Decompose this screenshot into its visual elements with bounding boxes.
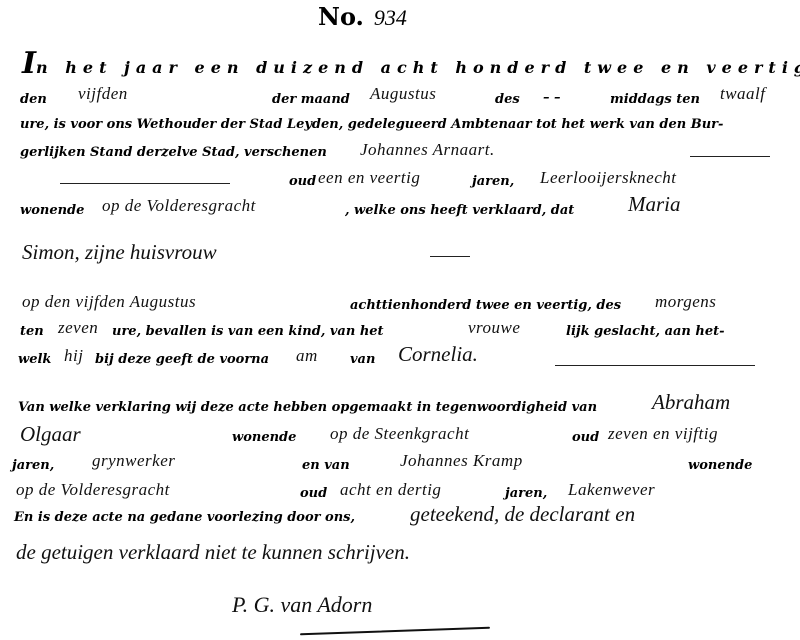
handwritten-witness1-age: zeven en vijftig [608, 424, 718, 444]
official-signature: P. G. van Adorn [232, 592, 372, 618]
line-2-label-middags: middags ten [610, 92, 700, 107]
fill-line [430, 256, 470, 257]
line-4-printed: gerlijken Stand derzelve Stad, verschene… [20, 145, 327, 160]
handwritten-time-of-day: morgens [655, 292, 716, 312]
signature-underline [300, 627, 490, 636]
line-6-label-wonende: wonende [20, 203, 84, 218]
handwritten-witness1-address: op de Steenkgracht [330, 424, 469, 444]
handwritten-witness2-occupation: Lakenwever [568, 480, 655, 500]
line-3: ure, is voor ons Wethouder der Stad Leyd… [20, 117, 723, 132]
drop-cap: I [22, 46, 36, 81]
printed-text: n het jaar een duizend acht honderd twee… [36, 58, 800, 77]
handwritten-mother-surname: Simon, zijne huisvrouw [22, 240, 217, 265]
handwritten-hour: twaalf [720, 84, 766, 104]
document-page: No. 934 In het jaar een duizend acht hon… [0, 0, 800, 640]
line-2-label-den: den [20, 92, 47, 107]
handwritten-sex: vrouwe [468, 318, 520, 338]
line-6-printed: , welke ons heeft verklaard, dat [345, 203, 574, 218]
line-11-printed: Van welke verklaring wij deze acte hebbe… [18, 400, 597, 415]
line-13-label-en-van: en van [302, 458, 350, 473]
line-9-printed-end: lijk geslacht, aan het- [566, 324, 725, 339]
handwritten-father-name: Johannes Arnaart. [360, 140, 495, 160]
handwritten-birth-hour: zeven [58, 318, 98, 338]
handwritten-child-name: Cornelia. [398, 342, 478, 367]
line-15-printed: En is deze acte na gedane voorlezing doo… [14, 510, 355, 525]
line-14-label-jaren: jaren, [505, 486, 547, 501]
line-5-label-oud: oud [289, 174, 316, 189]
handwritten-father-age: een en veertig [318, 168, 420, 188]
number-label: No. [318, 2, 364, 31]
handwritten-mother-first-name: Maria [628, 192, 681, 217]
line-1: In het jaar een duizend acht honderd twe… [22, 46, 800, 81]
line-14-label-oud: oud [300, 486, 327, 501]
line-5-label-jaren: jaren, [472, 174, 514, 189]
line-8-printed: achttienhonderd twee en veertig, des [350, 298, 621, 313]
line-10-printed: bij deze geeft de voorna [95, 352, 269, 367]
fill-line [555, 365, 755, 366]
handwritten-witness2-address: op de Volderesgracht [16, 480, 170, 500]
line-13-label-wonende: wonende [688, 458, 752, 473]
line-9-printed: ure, bevallen is van een kind, van het [112, 324, 384, 339]
line-12-label-oud: oud [572, 430, 599, 445]
handwritten-dash: – – [543, 90, 561, 105]
line-9-label-ten: ten [20, 324, 44, 339]
handwritten-birth-date: op den vijfden Augustus [22, 292, 196, 312]
handwritten-closing-statement: de getuigen verklaard niet te kunnen sch… [16, 540, 410, 565]
line-13-label-jaren: jaren, [12, 458, 54, 473]
handwritten-day: vijfden [78, 84, 128, 104]
handwritten-father-occupation: Leerlooijersknecht [540, 168, 676, 188]
handwritten-father-address: op de Volderesgracht [102, 196, 256, 216]
number-value: 934 [374, 5, 407, 30]
handwritten-signing-statement: geteekend, de declarant en [410, 502, 635, 527]
fill-line [60, 183, 230, 184]
fill-line [690, 156, 770, 157]
handwritten-month: Augustus [370, 84, 436, 104]
line-2-label-des: des [495, 92, 520, 107]
line-2-label-maand: der maand [272, 92, 350, 107]
handwritten-pronoun: hij [64, 346, 83, 366]
handwritten-am: am [296, 346, 318, 366]
handwritten-witness2-age: acht en dertig [340, 480, 441, 500]
line-10-label-van: van [350, 352, 375, 367]
handwritten-witness1-first-name: Abraham [652, 390, 730, 415]
handwritten-witness2-name: Johannes Kramp [400, 451, 523, 471]
record-number: No. 934 [318, 2, 407, 31]
line-12-label-wonende: wonende [232, 430, 296, 445]
line-10-label-welk: welk [18, 352, 51, 367]
handwritten-witness1-surname: Olgaar [20, 422, 81, 447]
handwritten-witness1-occupation: grynwerker [92, 451, 175, 471]
